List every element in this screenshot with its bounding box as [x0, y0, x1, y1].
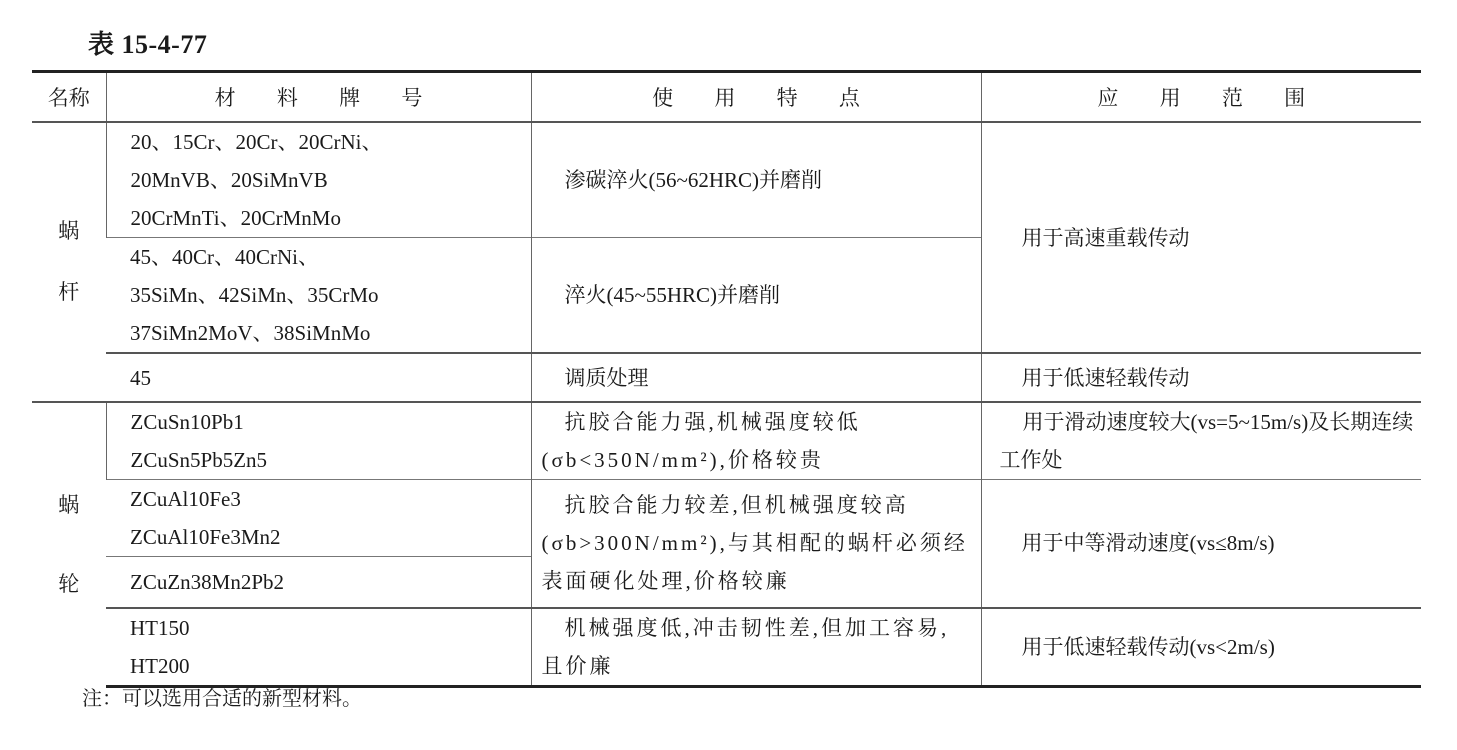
application-cell: 用于高速重载传动 — [981, 122, 1421, 353]
group-wheel: 蜗 轮 — [32, 402, 106, 686]
feature-cell: 渗碳淬火(56~62HRC)并磨削 — [531, 122, 981, 238]
header-feature: 使 用 特 点 — [531, 72, 981, 123]
header-material: 材 料 牌 号 — [106, 72, 531, 123]
application-cell: 用于滑动速度较大(vs=5~15m/s)及长期连续工作处 — [981, 402, 1421, 480]
feature-cell: 调质处理 — [531, 353, 981, 402]
table-title: 表 15-4-77 — [88, 24, 207, 61]
header-row: 名称 材 料 牌 号 使 用 特 点 应 用 范 围 — [32, 72, 1421, 123]
header-name: 名称 — [32, 72, 106, 123]
table-note: 注：可以选用合适的新型材料。 — [82, 682, 362, 711]
material-cell: ZCuZn38Mn2Pb2 — [106, 557, 531, 608]
feature-cell: 机械强度低,冲击韧性差,但加工容易,且价廉 — [531, 608, 981, 687]
application-cell: 用于中等滑动速度(vs≤8m/s) — [981, 480, 1421, 608]
worm-material-table: 名称 材 料 牌 号 使 用 特 点 应 用 范 围 蜗 杆 20、15Cr、2… — [32, 70, 1421, 688]
table-row: 45 调质处理 用于低速轻载传动 — [32, 353, 1421, 402]
application-cell: 用于低速轻载传动(vs<2m/s) — [981, 608, 1421, 687]
header-application: 应 用 范 围 — [981, 72, 1421, 123]
table-row: ZCuAl10Fe3 ZCuAl10Fe3Mn2 抗胶合能力较差,但机械强度较高… — [32, 480, 1421, 557]
feature-cell: 抗胶合能力较差,但机械强度较高(σb>300N/mm²),与其相配的蜗杆必须经表… — [531, 480, 981, 608]
material-cell: 45 — [106, 353, 531, 402]
table-row: 蜗 杆 20、15Cr、20Cr、20CrNi、 20MnVB、20SiMnVB… — [32, 122, 1421, 238]
feature-cell: 淬火(45~55HRC)并磨削 — [531, 238, 981, 354]
application-cell: 用于低速轻载传动 — [981, 353, 1421, 402]
table-row: HT150 HT200 机械强度低,冲击韧性差,但加工容易,且价廉 用于低速轻载… — [32, 608, 1421, 687]
group-worm: 蜗 杆 — [32, 122, 106, 402]
material-cell: HT150 HT200 — [106, 608, 531, 687]
material-cell: 45、40Cr、40CrNi、 35SiMn、42SiMn、35CrMo 37S… — [106, 238, 531, 354]
material-cell: ZCuSn10Pb1 ZCuSn5Pb5Zn5 — [106, 402, 531, 480]
material-cell: 20、15Cr、20Cr、20CrNi、 20MnVB、20SiMnVB 20C… — [106, 122, 531, 238]
material-cell: ZCuAl10Fe3 ZCuAl10Fe3Mn2 — [106, 480, 531, 557]
feature-cell: 抗胶合能力强,机械强度较低(σb<350N/mm²),价格较贵 — [531, 402, 981, 480]
table-row: 蜗 轮 ZCuSn10Pb1 ZCuSn5Pb5Zn5 抗胶合能力强,机械强度较… — [32, 402, 1421, 480]
